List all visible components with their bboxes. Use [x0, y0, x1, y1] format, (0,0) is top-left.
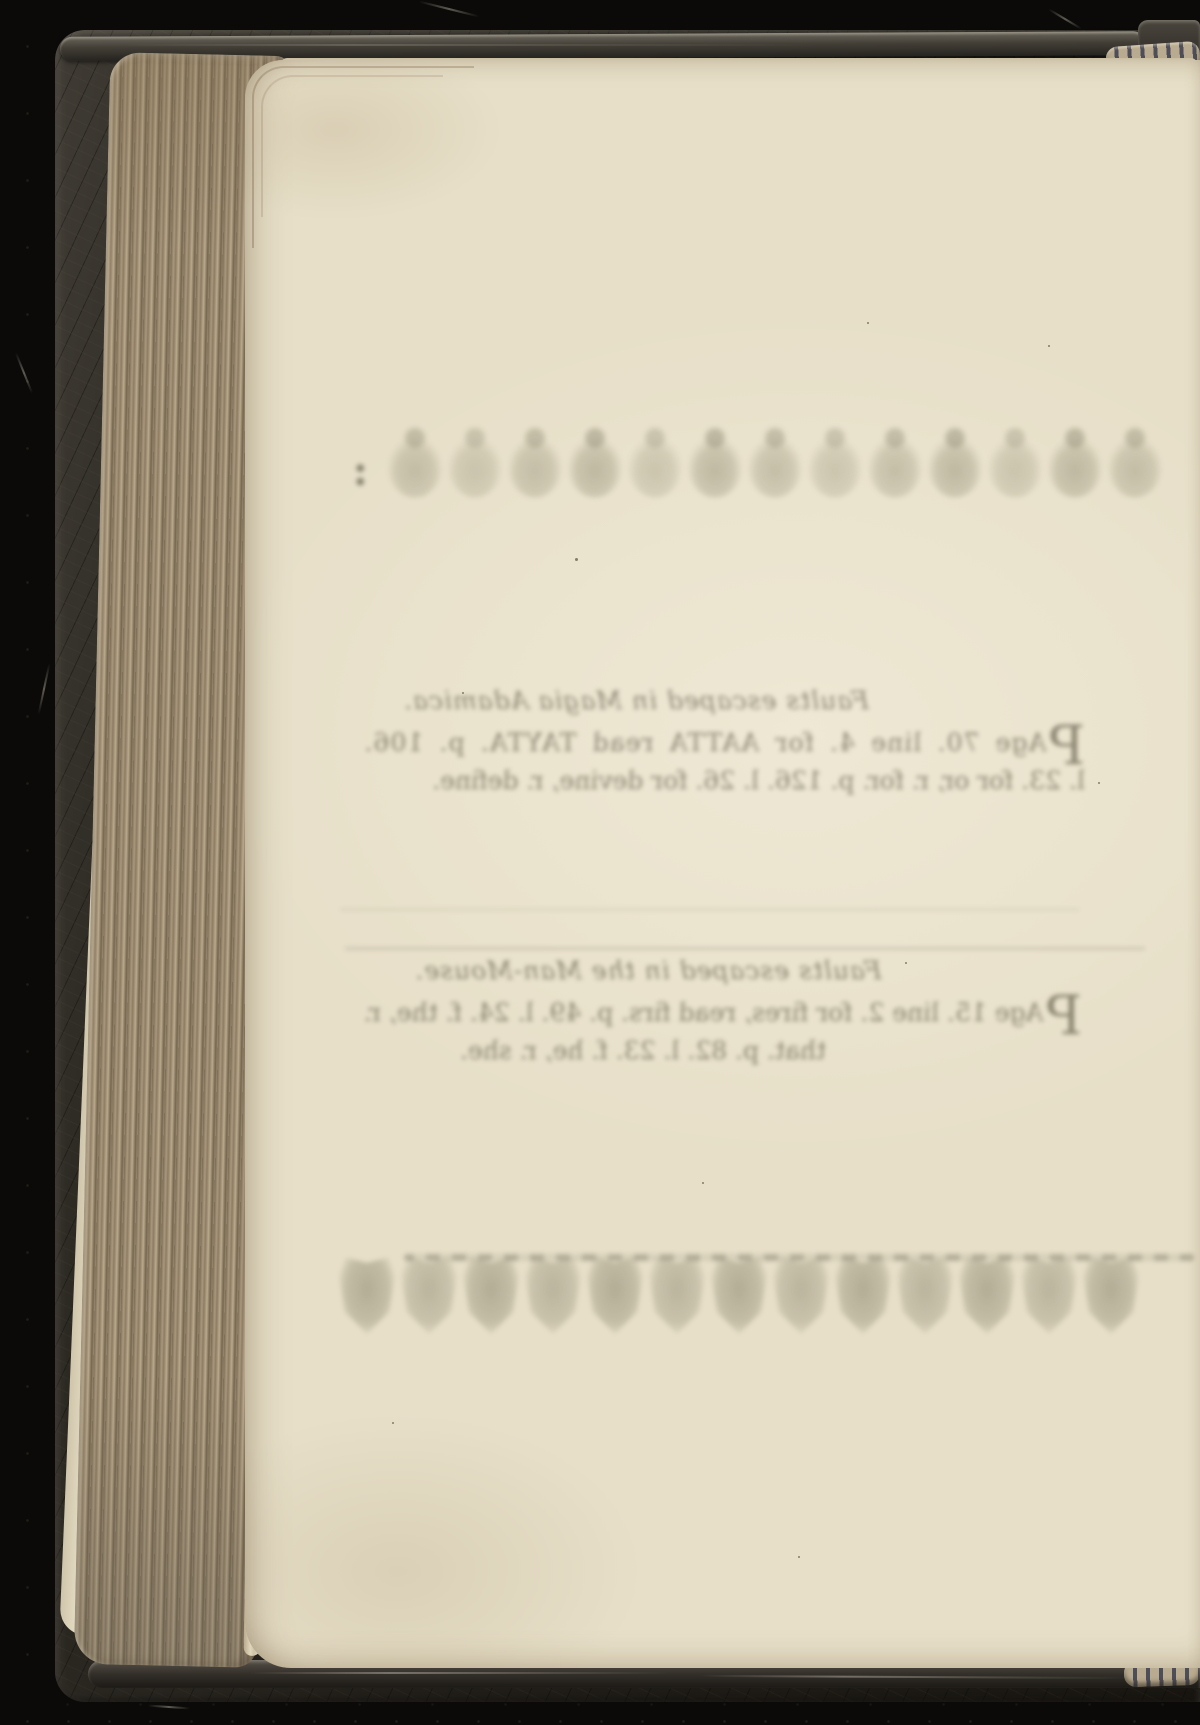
fleuron-ornament-icon: [925, 438, 985, 504]
fleuron-ornament-icon: [385, 438, 445, 504]
fleuron-ornament-icon: [460, 1256, 522, 1340]
showthrough-rule: [340, 908, 1080, 911]
fleuron-ornament-icon: [584, 1256, 646, 1340]
showthrough-colon: :: [352, 446, 368, 495]
fleuron-ornament-icon: [625, 438, 685, 504]
fleuron-ornament-icon: [745, 438, 805, 504]
fleuron-ornament-icon: [565, 438, 625, 504]
fleuron-row-top: [375, 438, 1165, 504]
fleuron-ornament-icon: [770, 1256, 832, 1340]
fleuron-ornament-icon: [894, 1256, 956, 1340]
fleuron-ornament-icon: [1080, 1256, 1142, 1340]
fleuron-ornament-icon: [1105, 438, 1165, 504]
fleuron-ornament-icon: [398, 1256, 460, 1340]
errata-text: Age 15. line 2. for fires, read firs. p.…: [364, 998, 1044, 1027]
fleuron-row-bottom: [340, 1256, 1142, 1340]
fleuron-ornament-icon: [1018, 1256, 1080, 1340]
errata-heading: Faults escaped in the Man-Mouse.: [334, 956, 1082, 985]
fleuron-ornament-icon: [445, 438, 505, 504]
fleuron-ornament-icon: [956, 1256, 1018, 1340]
fleuron-ornament-icon: [336, 1256, 398, 1340]
errata-magia-adamica: Faults escaped in Magia Adamica. PAge 70…: [337, 686, 1085, 800]
errata-line: l. 23. for or, r. for. p. 126. l. 26. fo…: [337, 762, 1085, 800]
fleuron-ornament-icon: [865, 438, 925, 504]
fleuron-ornament-icon: [685, 438, 745, 504]
fleuron-ornament-icon: [985, 438, 1045, 504]
errata-line: that. p. 82. l. 23. f. he, r. she.: [334, 1032, 1082, 1070]
fleuron-ornament-icon: [505, 438, 565, 504]
errata-man-mouse: Faults escaped in the Man-Mouse. PAge 15…: [334, 956, 1082, 1070]
fleuron-ornament-icon: [646, 1256, 708, 1340]
errata-heading: Faults escaped in Magia Adamica.: [337, 686, 1085, 715]
showthrough-layer: : Faults escaped in Magia Adamica. PAge …: [0, 0, 1200, 1725]
drop-cap: P: [1044, 984, 1082, 1047]
errata-text: Age 70. line 4. for AATTA read TAYTA. p.…: [363, 728, 1046, 757]
errata-line: PAge 70. line 4. for AATTA read TAYTA. p…: [337, 724, 1085, 762]
book-photograph: : Faults escaped in Magia Adamica. PAge …: [0, 0, 1200, 1725]
fleuron-ornament-icon: [708, 1256, 770, 1340]
showthrough-rule: [345, 947, 1145, 950]
fleuron-ornament-icon: [1045, 438, 1105, 504]
fleuron-ornament-icon: [832, 1256, 894, 1340]
errata-line: PAge 15. line 2. for fires, read firs. p…: [334, 994, 1082, 1032]
fleuron-ornament-icon: [805, 438, 865, 504]
fleuron-ornament-icon: [522, 1256, 584, 1340]
